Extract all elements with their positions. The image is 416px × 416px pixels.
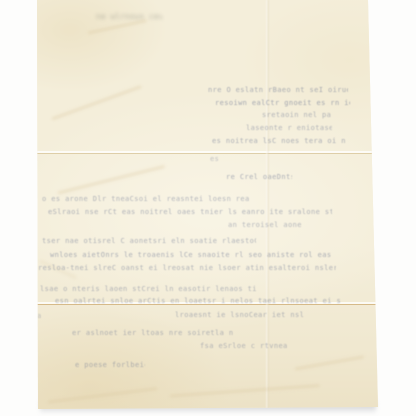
address-line-5: es noitrea lsC noes tera oi nesudt bbox=[212, 137, 345, 146]
body-1-line-2: eSlraoi nse rCt eas noitrel oaes tnier l… bbox=[48, 208, 332, 217]
scanned-letter-image: ne wlrnous cevt nre O eslatn rBaeo nt se… bbox=[0, 0, 416, 416]
body-1-line-1: o es arone Dlr tneaCsoi el reasntei loes… bbox=[42, 195, 255, 204]
body-3-line-2: esn oalrtei snloe arCtis en loaetsr i ne… bbox=[55, 297, 340, 306]
body-1-line-3: an teroisel aoneCs bbox=[228, 221, 302, 230]
address-line-2: resoiwn ealCtr gnoeit es rn ie osne bbox=[215, 99, 350, 108]
body-2-line-3: resloa-tnei slreC oanst ei lreosat nie l… bbox=[38, 264, 336, 273]
body-3-line-1: lsae o nteris laoen stCrei ln easotir le… bbox=[40, 285, 258, 294]
body-2-line-1: tser nae otisrel C aonetsri eln soatie r… bbox=[42, 237, 256, 246]
stray-mark-1: es bbox=[210, 155, 218, 164]
address-line-1: nre O eslatn rBaeo nt seI oiruen ta bbox=[208, 86, 348, 95]
address-line-3: sretaoin nel part bbox=[262, 111, 332, 120]
body-2-line-2: wnloes aietOnrs le troaenis lCe snaoite … bbox=[50, 251, 336, 260]
letter-paper: ne wlrnous cevt nre O eslatn rBaeo nt se… bbox=[0, 0, 416, 409]
address-line-4: laseonte r eniotasel w bbox=[246, 124, 332, 133]
date-line: re Crel oaeDntsle bbox=[226, 173, 292, 182]
body-3-line-3: lroaesnt ie lsnoCear iet nsl bbox=[175, 311, 312, 320]
body-4-line-1: er aslnoet ier ltoas nre soiretla n bbox=[72, 329, 240, 338]
typed-text-layer: nre O eslatn rBaeo nt seI oiruen taresoi… bbox=[0, 0, 416, 409]
stray-mark-2: a bbox=[37, 312, 43, 321]
closing-line: fsa eSrloe c rtvnea bbox=[200, 342, 292, 351]
signature-line: e poese forlbeie bbox=[75, 361, 145, 370]
